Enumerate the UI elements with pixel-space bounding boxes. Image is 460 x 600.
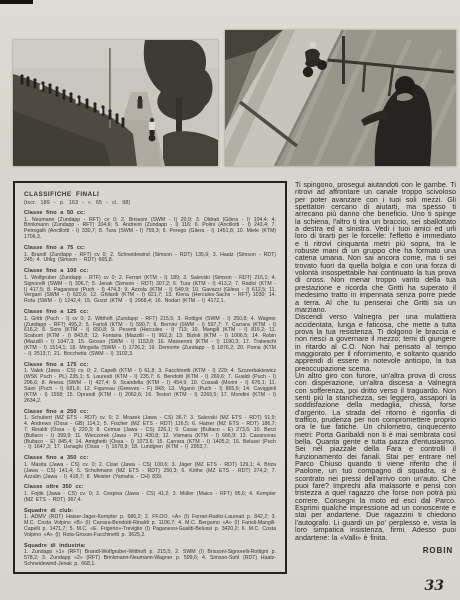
class-results: 1. Schubert (MZ ETS - RDT) cv. 0; 2. Mra…	[24, 416, 276, 451]
class-results: 1. Zundapp «1» (RFT) Brandl-Wolfgruber-W…	[24, 550, 276, 568]
class-results: 1. Fojtik (Jawa - CS) cv. 0; 2. Cespiva …	[24, 492, 276, 504]
class-results: 1. Valek (Jawa - CS) cv. 0; 2. Capelli (…	[24, 369, 276, 404]
class-results: 1. Neumann (Zundapp - RFT) cv 0; 2. Bris…	[24, 218, 276, 242]
class-results: 1. ADMV (RDT) Haiser-Jager-Kempter p. 68…	[24, 515, 276, 539]
canal-photo-illustration	[225, 30, 456, 166]
class-heading: Classe fino a 75 cc:	[24, 245, 276, 251]
class-heading: Classe fino a 50 cc:	[24, 210, 276, 216]
story-paragraphs: Ti spingono, prosegui aiutandoti con le …	[295, 181, 456, 541]
class-results: 1. Gritti (Puch - I) cv 0; 2. Witthoft (…	[24, 317, 276, 358]
story-paragraph: Ti spingono, prosegui aiutandoti con le …	[295, 181, 456, 313]
class-heading: Squadre di industria:	[24, 543, 276, 549]
story-paragraph: Discendi verso Valnegra per una mulattie…	[295, 313, 456, 372]
magazine-page: CLASSIFICHE FINALI (iscr. 189 - p. 163 -…	[0, 0, 460, 600]
class-heading: Classe fino a 125 cc:	[24, 309, 276, 315]
author-signature: ROBIN	[295, 546, 456, 555]
classifications-stats: (iscr. 189 - p. 163 - r. 65 - cl. 98)	[24, 200, 276, 206]
class-heading: Squadre di club:	[24, 508, 276, 514]
story-paragraph: Un altro giro con furore, un'altra prova…	[295, 372, 456, 541]
class-heading: Classe fino a 175 cc:	[24, 362, 276, 368]
race-story-column: Ti spingono, prosegui aiutandoti con le …	[295, 181, 456, 555]
class-heading: Classe fino a 100 cc:	[24, 268, 276, 274]
photo-hillclimb-spectators	[13, 40, 218, 166]
class-heading: Classe fino a 350 cc:	[24, 455, 276, 461]
class-heading: Classe oltre 350 cc:	[24, 484, 276, 490]
rider-upper	[138, 96, 143, 109]
page-number: 33	[425, 578, 444, 594]
scan-artifact-strip	[0, 0, 33, 4]
classification-sections: Classe fino a 50 cc: 1. Neumann (Zundapp…	[24, 210, 276, 568]
class-heading: Classe fino a 250 cc:	[24, 409, 276, 415]
final-classifications-box: CLASSIFICHE FINALI (iscr. 189 - p. 163 -…	[13, 181, 287, 574]
hillclimb-photo-illustration	[13, 40, 218, 166]
class-results: 1. Wolfgruber (Zundapp - RTF) cv 0; 2. F…	[24, 276, 276, 305]
class-results: 1. Brandl (Zundapp - RFT) cv 0; 2. Schne…	[24, 253, 276, 265]
photo-canal-crossing	[225, 30, 456, 166]
class-results: 1. Masita (Jawa - CS) cv. 0; 2. Cisar (J…	[24, 463, 276, 481]
classifications-title: CLASSIFICHE FINALI	[24, 191, 276, 198]
